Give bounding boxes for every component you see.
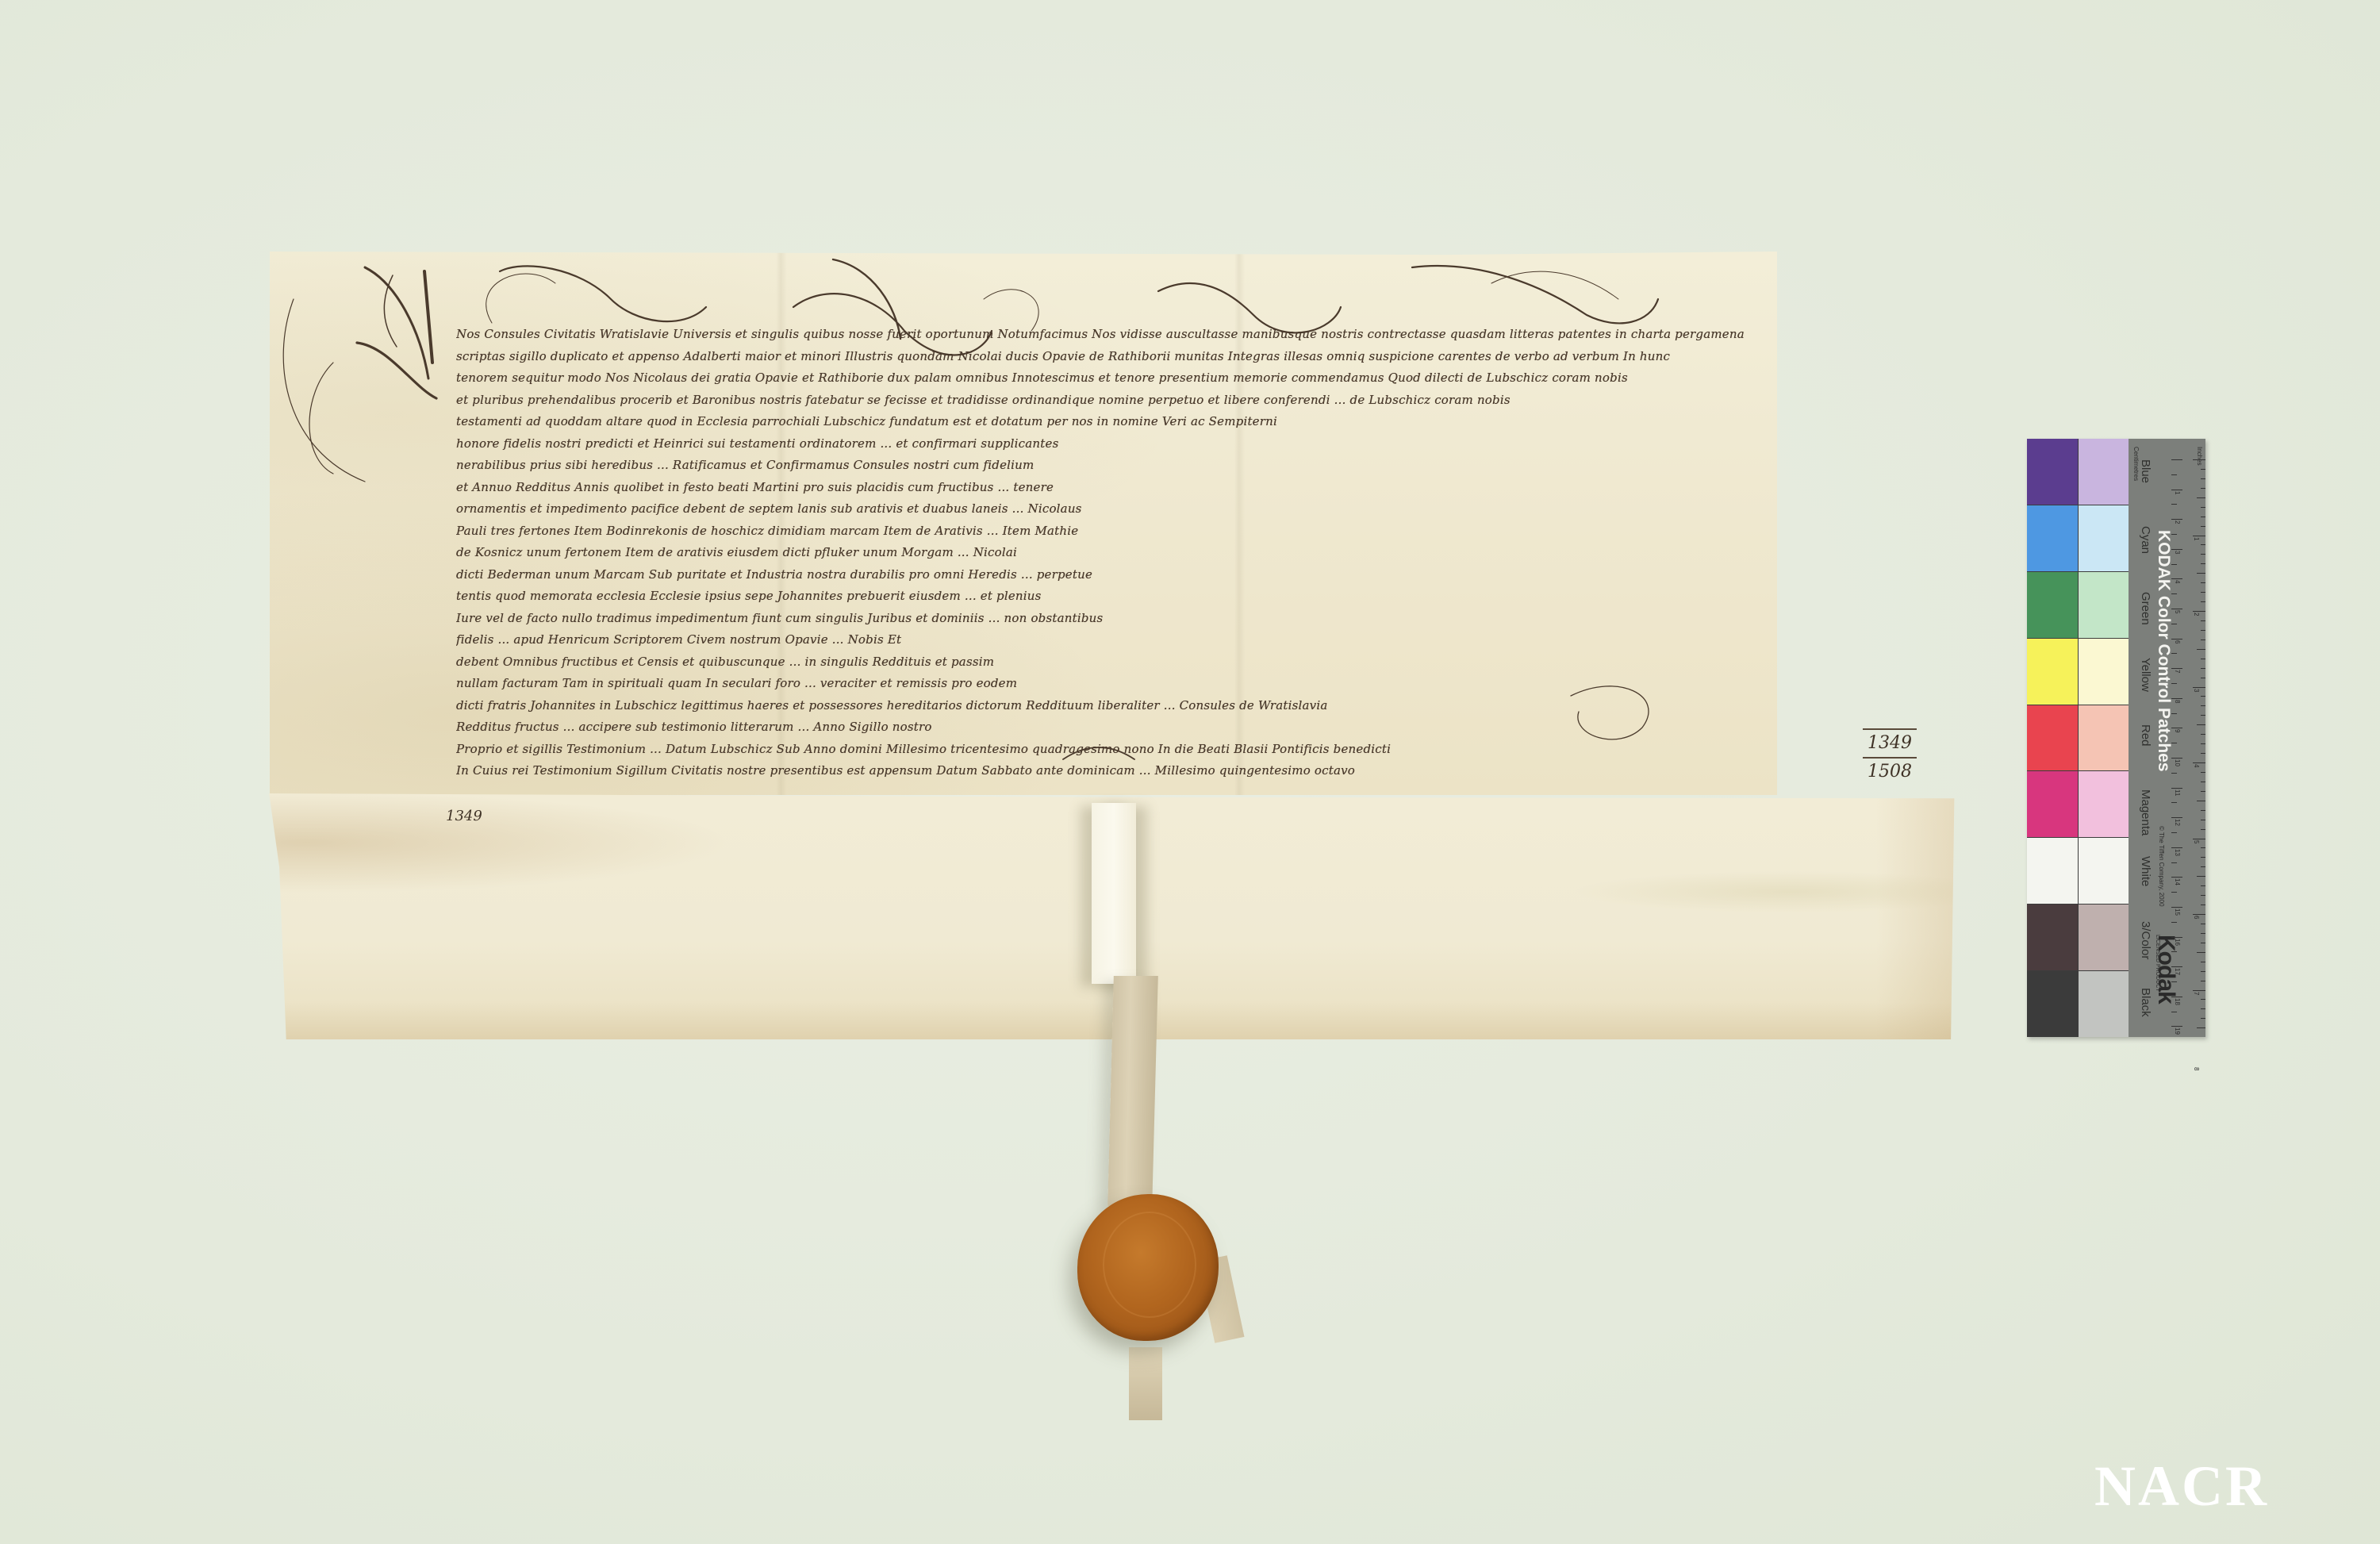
inch-tick-label: 8 — [2193, 1067, 2200, 1070]
cm-tick-label: 8 — [2174, 700, 2181, 703]
inch-tick — [2201, 554, 2205, 555]
inch-tick-label: 6 — [2193, 916, 2200, 919]
cm-tick — [2171, 459, 2182, 460]
cm-tick-label: 19 — [2174, 1027, 2181, 1035]
cm-tick — [2171, 698, 2182, 699]
inch-tick — [2193, 839, 2205, 839]
inch-tick — [2201, 469, 2205, 470]
color-patches — [2027, 439, 2129, 1037]
inch-tick — [2197, 1027, 2205, 1028]
inch-tick — [2201, 678, 2205, 678]
cm-tick-label: 5 — [2174, 610, 2181, 613]
inch-tick — [2193, 990, 2205, 991]
inch-tick-label: 1 — [2193, 537, 2200, 540]
cm-tick — [2171, 981, 2177, 982]
inch-tick — [2201, 517, 2205, 517]
cm-tick — [2171, 907, 2182, 908]
inch-tick — [2201, 488, 2205, 489]
cm-tick-label: 6 — [2174, 640, 2181, 643]
inch-tick — [2201, 943, 2205, 943]
cm-tick — [2171, 951, 2177, 952]
cm-tick-label: 10 — [2174, 759, 2181, 766]
inch-tick — [2193, 687, 2205, 688]
color-patch-dark — [2027, 505, 2079, 571]
patch-label: 3/Color — [2139, 921, 2152, 959]
cm-tick — [2171, 593, 2177, 594]
color-patch-dark — [2027, 705, 2079, 771]
cm-tick — [2171, 490, 2182, 490]
inch-tick — [2201, 971, 2205, 972]
inch-tick — [2201, 782, 2205, 782]
patch-row-yellow — [2027, 639, 2129, 705]
inch-tick — [2193, 762, 2205, 763]
color-patch-light — [2079, 705, 2129, 771]
inch-tick — [2201, 668, 2205, 669]
kodak-title: KODAK Color Control Patches — [2154, 530, 2173, 772]
marginal-date-2: 1508 — [1863, 757, 1917, 785]
patch-row-black — [2027, 971, 2129, 1037]
text-line: honore fidelis nostri predicti et Heinri… — [456, 433, 1932, 455]
wax-seal — [1077, 1194, 1219, 1341]
inch-tick — [2201, 563, 2205, 564]
inch-tick — [2201, 905, 2205, 905]
inch-tick — [2201, 1018, 2205, 1019]
cm-tick-label: 18 — [2174, 998, 2181, 1005]
patch-label: Black — [2139, 988, 2152, 1017]
text-line: Redditus fructus ... accipere sub testim… — [456, 716, 1932, 739]
marginal-date-1: 1349 — [1863, 728, 1917, 757]
cm-tick — [2171, 504, 2177, 505]
text-line: Iure vel de facto nullo tradimus impedim… — [456, 608, 1932, 630]
text-line: fidelis ... apud Henricum Scriptorem Civ… — [456, 629, 1932, 651]
inch-tick — [2193, 459, 2205, 460]
strip-label-area: Blue Cyan Green Yellow Red Magenta White… — [2129, 439, 2205, 1037]
charter-document: Nos Consules Civitatis Wratislavie Unive… — [0, 0, 2380, 1544]
inch-tick — [2201, 743, 2205, 744]
cm-tick — [2171, 683, 2177, 684]
text-line: nullam facturam Tam in spirituali quam I… — [456, 673, 1932, 695]
color-patch-light — [2079, 505, 2129, 571]
cm-tick-label: 3 — [2174, 551, 2181, 554]
text-line: Proprio et sigillis Testimonium ... Datu… — [456, 739, 1932, 761]
color-patch-dark — [2027, 639, 2079, 705]
cm-tick — [2171, 549, 2182, 550]
inch-tick-label: 2 — [2193, 613, 2200, 616]
cm-tick — [2171, 758, 2182, 759]
cm-tick — [2171, 862, 2177, 863]
color-patch-light — [2079, 572, 2129, 638]
color-patch-dark — [2027, 572, 2079, 638]
inch-tick — [2197, 876, 2205, 877]
patch-row-green — [2027, 572, 2129, 639]
inch-tick — [2193, 914, 2205, 915]
text-line: dicti fratris Johannites in Lubschicz le… — [456, 695, 1932, 717]
inch-tick — [2197, 724, 2205, 725]
text-line: Nos Consules Civitatis Wratislavie Unive… — [456, 324, 1932, 346]
marginal-date-note: 1349 1508 — [1863, 728, 1917, 785]
color-patch-dark — [2027, 771, 2079, 837]
cm-tick-label: 4 — [2174, 580, 2181, 583]
inch-tick — [2201, 715, 2205, 716]
patch-label: Blue — [2139, 459, 2152, 483]
seal-tag-upper — [1092, 803, 1136, 984]
inch-tick — [2193, 536, 2205, 536]
inch-tick — [2201, 933, 2205, 934]
color-patch-light — [2079, 905, 2129, 970]
inch-tick — [2201, 592, 2205, 593]
inch-tick — [2201, 659, 2205, 659]
inch-tick — [2201, 705, 2205, 706]
inch-tick — [2201, 791, 2205, 792]
patch-row-cyan — [2027, 505, 2129, 572]
color-patch-light — [2079, 971, 2129, 1037]
inch-tick — [2201, 630, 2205, 631]
color-patch-dark — [2027, 838, 2079, 904]
plica-archive-number: 1349 — [446, 808, 482, 824]
color-patch-light — [2079, 838, 2129, 904]
inch-tick — [2201, 507, 2205, 508]
cm-tick-label: 17 — [2174, 968, 2181, 975]
cm-tick — [2171, 773, 2177, 774]
patch-row-white — [2027, 838, 2129, 905]
inch-tick — [2201, 829, 2205, 830]
inch-tick-label: 4 — [2193, 764, 2200, 767]
centimetres-label: Centimetres — [2132, 447, 2140, 481]
cm-tick — [2171, 609, 2182, 609]
text-line: scriptas sigillo duplicato et appenso Ad… — [456, 346, 1932, 368]
inch-tick — [2201, 847, 2205, 848]
cm-tick — [2171, 534, 2177, 535]
cm-tick — [2171, 653, 2177, 654]
inch-tick — [2201, 857, 2205, 858]
cm-tick-label: 9 — [2174, 729, 2181, 732]
patch-row-3-color — [2027, 905, 2129, 971]
inch-tick — [2201, 924, 2205, 924]
patch-label: Magenta — [2139, 789, 2152, 835]
inch-tick — [2201, 962, 2205, 962]
inch-tick-label: 3 — [2193, 689, 2200, 692]
inch-tick — [2201, 696, 2205, 697]
cm-tick — [2171, 624, 2177, 624]
inch-tick — [2201, 772, 2205, 773]
inch-tick — [2201, 582, 2205, 583]
color-patch-dark — [2027, 905, 2079, 970]
cm-tick — [2171, 937, 2182, 938]
inch-tick — [2201, 620, 2205, 621]
inch-tick — [2197, 801, 2205, 801]
cm-tick — [2171, 474, 2177, 475]
seal-tag-hanging — [1107, 976, 1158, 1206]
inch-tick — [2201, 820, 2205, 820]
inch-tick — [2201, 639, 2205, 640]
text-line: et Annuo Redditus Annis quolibet in fest… — [456, 477, 1932, 499]
text-line: In Cuius rei Testimonium Sigillum Civita… — [456, 760, 1932, 782]
cm-tick — [2171, 892, 2177, 893]
copyright-text: © The Tiffen Company, 2000 — [2158, 826, 2165, 907]
cm-tick — [2171, 847, 2182, 848]
cm-tick-label: 12 — [2174, 819, 2181, 826]
cm-tick-label: 7 — [2174, 670, 2181, 673]
cm-tick — [2171, 564, 2177, 565]
patch-label: Yellow — [2139, 658, 2152, 692]
patch-label: Red — [2139, 724, 2152, 747]
patch-label: White — [2139, 856, 2152, 886]
nacr-watermark: NACR — [2094, 1454, 2269, 1519]
inch-tick — [2201, 885, 2205, 886]
color-patch-light — [2079, 771, 2129, 837]
text-line: de Kosnicz unum fertonem Item de arativi… — [456, 542, 1932, 564]
inch-tick — [2201, 601, 2205, 602]
cm-tick-label: 13 — [2174, 849, 2181, 856]
text-line: Pauli tres fertones Item Bodinrekonis de… — [456, 520, 1932, 543]
text-line: debent Omnibus fructibus et Censis et qu… — [456, 651, 1932, 674]
text-line: ornamentis et impedimento pacifice deben… — [456, 498, 1932, 520]
patch-row-magenta — [2027, 771, 2129, 838]
inch-tick-label: 5 — [2193, 840, 2200, 843]
kodak-color-control-strip: Blue Cyan Green Yellow Red Magenta White… — [2027, 439, 2205, 1037]
cm-tick-label: 1 — [2174, 491, 2181, 494]
inch-tick — [2201, 478, 2205, 479]
color-patch-dark — [2027, 971, 2079, 1037]
inch-tick — [2197, 649, 2205, 650]
charter-text: Nos Consules Civitatis Wratislavie Unive… — [456, 324, 1932, 782]
text-line: dicti Bederman unum Marcam Sub puritate … — [456, 564, 1932, 586]
text-line: testamenti ad quoddam altare quod in Ecc… — [456, 411, 1932, 433]
inches-label: Inches — [2196, 447, 2203, 466]
patch-label: Green — [2139, 592, 2152, 625]
color-patch-light — [2079, 639, 2129, 705]
patch-label: Cyan — [2139, 526, 2152, 554]
inch-tick — [2201, 895, 2205, 896]
cm-tick — [2171, 802, 2177, 803]
inch-tick — [2201, 734, 2205, 735]
cm-tick — [2171, 639, 2182, 639]
inch-tick — [2197, 573, 2205, 574]
cm-tick-label: 14 — [2174, 878, 2181, 885]
inch-tick — [2201, 999, 2205, 1000]
cm-tick — [2171, 832, 2177, 833]
seal-tag-end-bottom — [1129, 1347, 1162, 1420]
inch-tick — [2201, 753, 2205, 754]
inch-tick — [2197, 497, 2205, 498]
inch-tick — [2201, 981, 2205, 981]
cm-tick — [2171, 1012, 2177, 1012]
patch-row-red — [2027, 705, 2129, 772]
cm-tick-label: 16 — [2174, 939, 2181, 946]
inch-tick — [2201, 526, 2205, 527]
inch-tick — [2201, 866, 2205, 867]
inch-tick — [2201, 544, 2205, 545]
licensed-product-text: LICENSED PRODUCT — [2155, 935, 2160, 992]
cm-tick — [2171, 997, 2182, 997]
cm-tick — [2171, 713, 2177, 714]
text-line: et pluribus prehendalibus procerib et Ba… — [456, 390, 1932, 412]
text-line: tenorem sequitur modo Nos Nicolaus dei g… — [456, 367, 1932, 390]
cm-tick — [2171, 743, 2177, 743]
inch-tick — [2197, 952, 2205, 953]
cm-tick — [2171, 922, 2177, 923]
text-line: nerabilibus prius sibi heredibus ... Rat… — [456, 455, 1932, 477]
color-patch-dark — [2027, 439, 2079, 505]
inch-tick-label: 7 — [2193, 992, 2200, 995]
patch-row-blue — [2027, 439, 2129, 505]
cm-tick-label: 2 — [2174, 520, 2181, 524]
inch-tick — [2201, 810, 2205, 811]
color-patch-light — [2079, 439, 2129, 505]
inch-tick — [2193, 611, 2205, 612]
cm-tick — [2171, 788, 2182, 789]
cm-tick-label: 11 — [2174, 789, 2181, 796]
cm-tick-label: 15 — [2174, 908, 2181, 916]
text-line: tentis quod memorata ecclesia Ecclesie i… — [456, 586, 1932, 608]
inch-tick — [2201, 1008, 2205, 1009]
